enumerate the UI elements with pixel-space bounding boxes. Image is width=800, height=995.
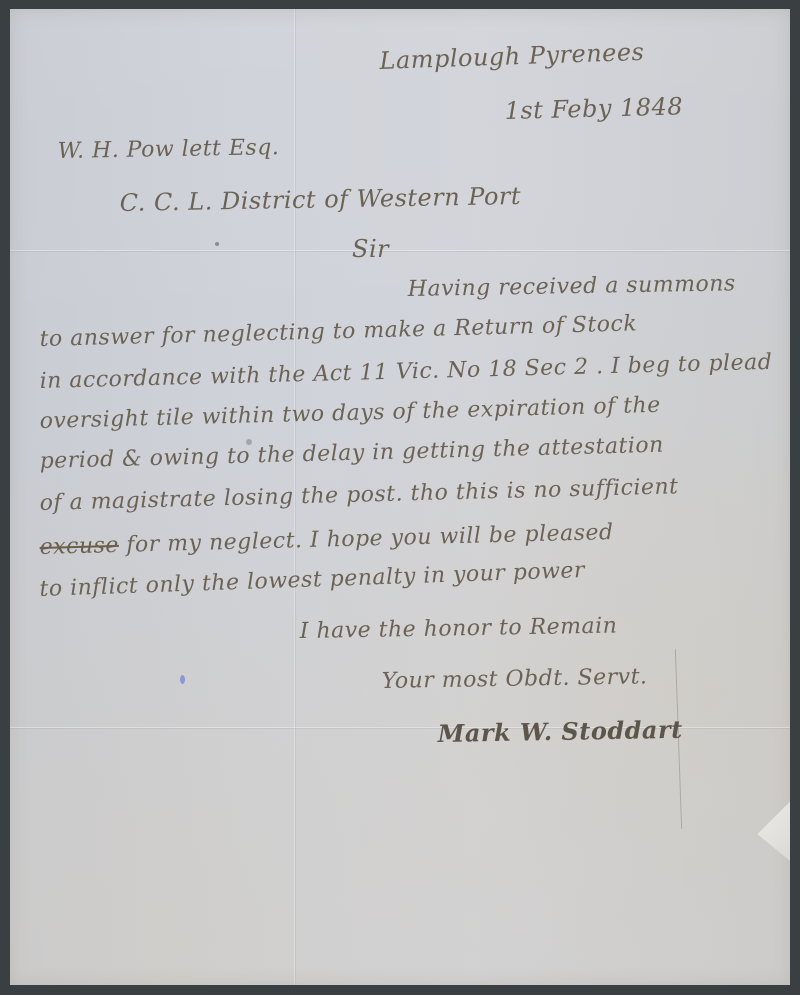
- paper-sheet: Lamplough Pyrenees 1st Feby 1848 W. H. P…: [10, 9, 790, 985]
- letter-date: 1st Feby 1848: [504, 92, 683, 125]
- body-line-7: for my neglect. I hope you will be pleas…: [126, 520, 614, 558]
- struck-word: excuse: [39, 533, 119, 560]
- body-line-8: to inflict only the lowest penalty in yo…: [39, 558, 585, 602]
- folded-corner: [750, 801, 790, 861]
- closing-line-1: I have the honor to Remain: [300, 613, 618, 644]
- body-line-1: Having received a summons: [408, 271, 736, 302]
- body-line-3: in accordance with the Act 11 Vic. No 18…: [39, 350, 772, 394]
- body-line-4: oversight tile within two days of the ex…: [39, 393, 661, 434]
- ink-dot: [215, 242, 219, 246]
- signature: Mark W. Stoddart: [437, 715, 682, 748]
- recipient-name: W. H. Pow lett Esq.: [58, 135, 280, 164]
- fold-line-horizontal-1: [10, 250, 790, 251]
- body-line-2: to answer for neglecting to make a Retur…: [39, 311, 637, 352]
- closing-line-2: Your most Obdt. Servt.: [382, 664, 648, 694]
- recipient-title: C. C. L. District of Western Port: [120, 182, 522, 217]
- salutation: Sir: [352, 235, 389, 263]
- blue-ink-spot: [180, 675, 185, 684]
- body-line-5: period & owing to the delay in getting t…: [39, 433, 664, 474]
- scanned-letter: Lamplough Pyrenees 1st Feby 1848 W. H. P…: [0, 0, 800, 995]
- body-line-6: of a magistrate losing the post. tho thi…: [39, 474, 678, 516]
- letter-place: Lamplough Pyrenees: [379, 38, 645, 75]
